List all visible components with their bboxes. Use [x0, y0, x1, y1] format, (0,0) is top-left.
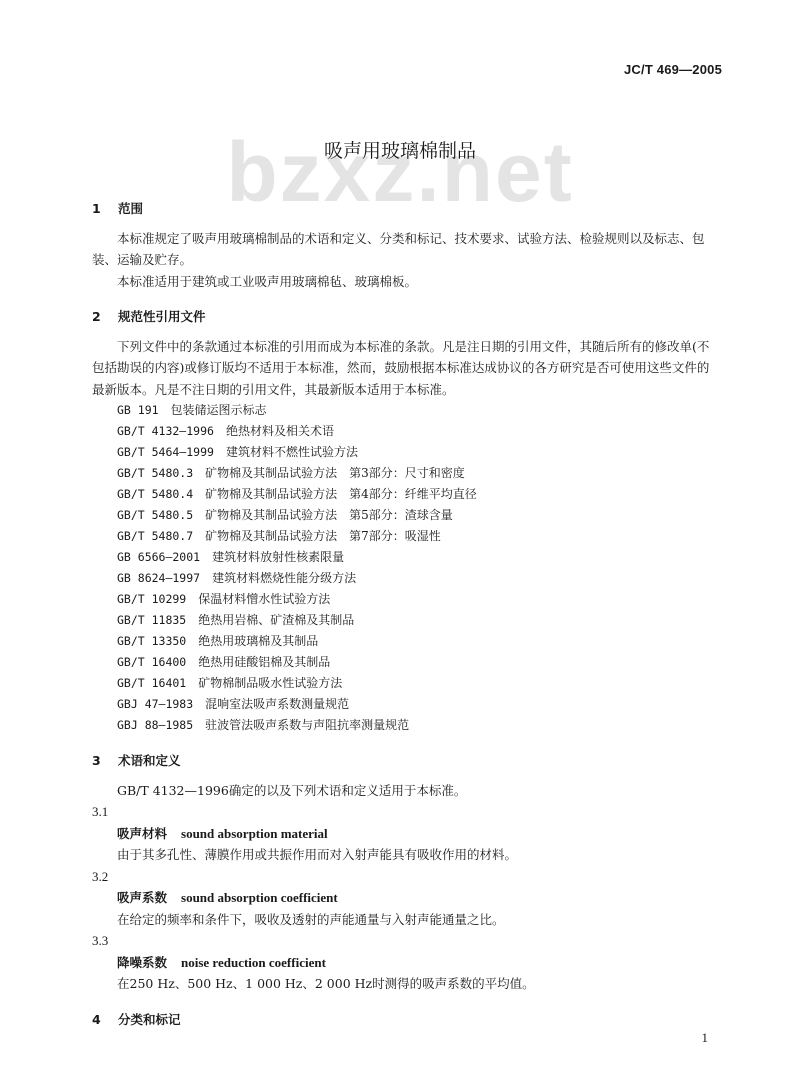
paragraph: GB/T 4132—1996确定的以及下列术语和定义适用于本标准。	[92, 780, 720, 802]
reference-title: 建筑材料放射性核素限量	[212, 550, 344, 564]
reference-code: GB/T 5464—1999	[117, 445, 214, 459]
term-definition: 在给定的频率和条件下，吸收及透射的声能通量与入射声能通量之比。	[117, 909, 720, 931]
reference-title: 建筑材料燃烧性能分级方法	[212, 571, 356, 585]
term-zh: 吸声材料	[117, 826, 167, 841]
reference-title: 绝热用硅酸铝棉及其制品	[198, 655, 330, 669]
reference-code: GB/T 16400	[117, 655, 186, 669]
reference-item: GB/T 5480.4矿物棉及其制品试验方法 第4部分：纤维平均直径	[117, 484, 720, 505]
term-definition: 在250 Hz、500 Hz、1 000 Hz、2 000 Hz时测得的吸声系数…	[117, 973, 720, 995]
section-heading-scope: 1范围	[92, 198, 720, 220]
reference-code: GB 8624—1997	[117, 571, 200, 585]
reference-title: 驻波管法吸声系数与声阻抗率测量规范	[205, 718, 409, 732]
reference-item: GB 6566—2001建筑材料放射性核素限量	[117, 547, 720, 568]
reference-title: 保温材料憎水性试验方法	[198, 592, 330, 606]
reference-code: GBJ 47—1983	[117, 697, 193, 711]
section-heading-classification: 4分类和标记	[92, 1009, 720, 1031]
term-en: sound absorption coefficient	[181, 890, 338, 905]
page-number: 1	[702, 1030, 709, 1046]
reference-item: GB 8624—1997建筑材料燃烧性能分级方法	[117, 568, 720, 589]
term-heading: 降噪系数noise reduction coefficient	[117, 952, 720, 974]
reference-code: GB/T 5480.4	[117, 487, 193, 501]
paragraph: 下列文件中的条款通过本标准的引用而成为本标准的条款。凡是注日期的引用文件，其随后…	[92, 336, 720, 401]
standard-code: JC/T 469—2005	[624, 62, 722, 77]
reference-list: GB 191包装储运图示标志GB/T 4132—1996绝热材料及相关术语GB/…	[117, 400, 720, 736]
reference-item: GB/T 5480.5矿物棉及其制品试验方法 第5部分：渣球含量	[117, 505, 720, 526]
reference-title: 绝热用玻璃棉及其制品	[198, 634, 318, 648]
reference-item: GB/T 5480.7矿物棉及其制品试验方法 第7部分：吸湿性	[117, 526, 720, 547]
reference-title: 矿物棉及其制品试验方法 第5部分：渣球含量	[205, 508, 453, 522]
reference-code: GB/T 16401	[117, 676, 186, 690]
reference-item: GB 191包装储运图示标志	[117, 400, 720, 421]
term-number: 3.3	[92, 930, 720, 952]
reference-code: GB/T 13350	[117, 634, 186, 648]
reference-code: GB 6566—2001	[117, 550, 200, 564]
reference-title: 矿物棉及其制品试验方法 第3部分：尺寸和密度	[205, 466, 465, 480]
reference-item: GB/T 13350绝热用玻璃棉及其制品	[117, 631, 720, 652]
reference-item: GBJ 88—1985驻波管法吸声系数与声阻抗率测量规范	[117, 715, 720, 736]
reference-code: GBJ 88—1985	[117, 718, 193, 732]
reference-item: GB/T 16401矿物棉制品吸水性试验方法	[117, 673, 720, 694]
reference-item: GB/T 5464—1999建筑材料不燃性试验方法	[117, 442, 720, 463]
reference-title: 矿物棉及其制品试验方法 第7部分：吸湿性	[205, 529, 441, 543]
section-heading-normative-references: 2规范性引用文件	[92, 306, 720, 328]
reference-item: GB/T 16400绝热用硅酸铝棉及其制品	[117, 652, 720, 673]
paragraph: 本标准规定了吸声用玻璃棉制品的术语和定义、分类和标记、技术要求、试验方法、检验规…	[92, 228, 720, 271]
term-heading: 吸声系数sound absorption coefficient	[117, 887, 720, 909]
term-en: sound absorption material	[181, 826, 328, 841]
reference-code: GB/T 5480.5	[117, 508, 193, 522]
reference-code: GB/T 5480.7	[117, 529, 193, 543]
paragraph: 本标准适用于建筑或工业吸声用玻璃棉毡、玻璃棉板。	[92, 271, 720, 293]
reference-item: GBJ 47—1983混响室法吸声系数测量规范	[117, 694, 720, 715]
reference-title: 绝热用岩棉、矿渣棉及其制品	[198, 613, 354, 627]
term-number: 3.1	[92, 801, 720, 823]
reference-title: 建筑材料不燃性试验方法	[226, 445, 358, 459]
reference-title: 矿物棉制品吸水性试验方法	[198, 676, 342, 690]
term-en: noise reduction coefficient	[181, 955, 326, 970]
document-body: 1范围 本标准规定了吸声用玻璃棉制品的术语和定义、分类和标记、技术要求、试验方法…	[92, 198, 720, 1030]
term-zh: 降噪系数	[117, 955, 167, 970]
reference-code: GB/T 4132—1996	[117, 424, 214, 438]
reference-code: GB/T 10299	[117, 592, 186, 606]
term-list: 3.1吸声材料sound absorption material由于其多孔性、薄…	[92, 801, 720, 995]
reference-item: GB/T 4132—1996绝热材料及相关术语	[117, 421, 720, 442]
reference-title: 绝热材料及相关术语	[226, 424, 334, 438]
reference-code: GB/T 11835	[117, 613, 186, 627]
term-zh: 吸声系数	[117, 890, 167, 905]
reference-title: 矿物棉及其制品试验方法 第4部分：纤维平均直径	[205, 487, 477, 501]
term-heading: 吸声材料sound absorption material	[117, 823, 720, 845]
reference-item: GB/T 5480.3矿物棉及其制品试验方法 第3部分：尺寸和密度	[117, 463, 720, 484]
reference-item: GB/T 11835绝热用岩棉、矿渣棉及其制品	[117, 610, 720, 631]
reference-title: 包装储运图示标志	[171, 403, 267, 417]
term-definition: 由于其多孔性、薄膜作用或共振作用而对入射声能具有吸收作用的材料。	[117, 844, 720, 866]
document-title: 吸声用玻璃棉制品	[0, 136, 800, 163]
reference-code: GB/T 5480.3	[117, 466, 193, 480]
section-heading-terms: 3术语和定义	[92, 750, 720, 772]
reference-title: 混响室法吸声系数测量规范	[205, 697, 349, 711]
term-number: 3.2	[92, 866, 720, 888]
reference-code: GB 191	[117, 403, 159, 417]
reference-item: GB/T 10299保温材料憎水性试验方法	[117, 589, 720, 610]
